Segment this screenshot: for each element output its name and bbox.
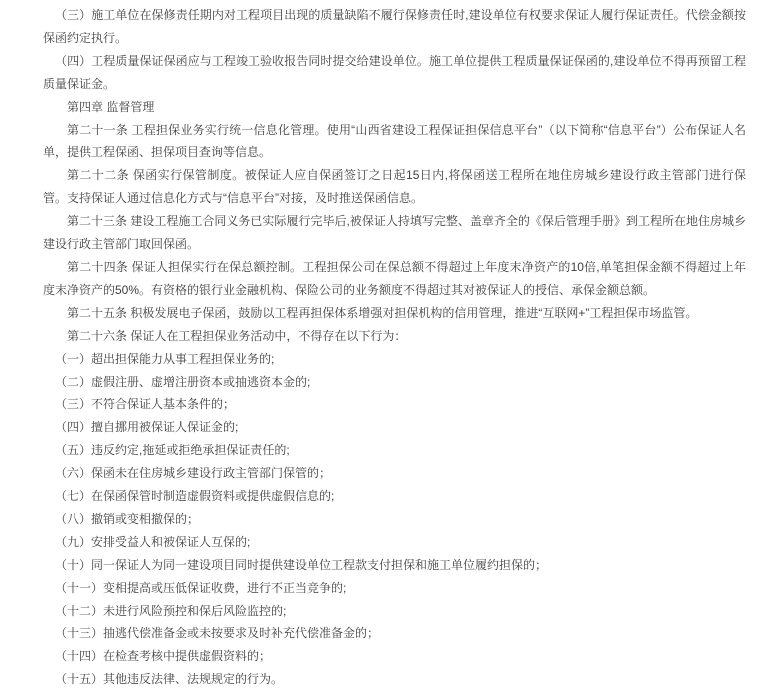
chapter-heading: 第四章 监督管理 [43, 96, 746, 119]
article-26: 第二十六条 保证人在工程担保业务活动中，不得存在以下行为： [43, 325, 746, 348]
prohibited-act-item-14: （十四）在检查考核中提供虚假资料的； [43, 645, 746, 668]
clause-item-quality-4: （四）工程质量保证保函应与工程竣工验收报告同时提交给建设单位。施工单位提供工程质… [43, 50, 746, 96]
prohibited-act-item-9: （九）安排受益人和被保证人互保的; [43, 531, 746, 554]
article-25: 第二十五条 积极发展电子保函，鼓励以工程再担保体系增强对担保机构的信用管理，推进… [43, 302, 746, 325]
prohibited-act-item-11: （十一）变相提高或压低保证收费，进行不正当竞争的; [43, 577, 746, 600]
prohibited-act-item-12: （十二）未进行风险预控和保后风险监控的; [43, 600, 746, 623]
article-21: 第二十一条 工程担保业务实行统一信息化管理。使用“山西省建设工程保证担保信息平台… [43, 119, 746, 165]
prohibited-act-item-13: （十三）抽逃代偿准备金或未按要求及时补充代偿准备金的； [43, 622, 746, 645]
article-22: 第二十二条 保函实行保管制度。被保证人应自保函签订之日起15日内,将保函送工程所… [43, 164, 746, 210]
prohibited-act-item-1: （一）超出担保能力从事工程担保业务的; [43, 348, 746, 371]
prohibited-act-item-8: （八）撤销或变相撤保的； [43, 508, 746, 531]
prohibited-act-item-5: （五）违反约定,拖延或拒绝承担保证责任的; [43, 439, 746, 462]
article-23: 第二十三条 建设工程施工合同义务已实际履行完毕后,被保证人持填写完整、盖章齐全的… [43, 210, 746, 256]
prohibited-act-item-4: （四）擅自挪用被保证人保证金的; [43, 416, 746, 439]
article-24: 第二十四条 保证人担保实行在保总额控制。工程担保公司在保总额不得超过上年度末净资… [43, 256, 746, 302]
prohibited-act-item-7: （七）在保函保管时制造虚假资料或提供虚假信息的; [43, 485, 746, 508]
document-page: （三）施工单位在保修责任期内对工程项目出现的质量缺陷不履行保修责任时,建设单位有… [0, 0, 773, 691]
prohibited-act-item-3: （三）不符合保证人基本条件的； [43, 393, 746, 416]
document-body: （三）施工单位在保修责任期内对工程项目出现的质量缺陷不履行保修责任时,建设单位有… [0, 0, 773, 691]
prohibited-act-item-6: （六）保函未在住房城乡建设行政主管部门保管的； [43, 462, 746, 485]
prohibited-act-item-2: （二）虚假注册、虚增注册资本或抽逃资本金的; [43, 371, 746, 394]
prohibited-act-item-10: （十）同一保证人为同一建设项目同时提供建设单位工程款支付担保和施工单位履约担保的… [43, 554, 746, 577]
clause-item-quality-3: （三）施工单位在保修责任期内对工程项目出现的质量缺陷不履行保修责任时,建设单位有… [43, 4, 746, 50]
prohibited-act-item-15: （十五）其他违反法律、法规规定的行为。 [43, 668, 746, 691]
